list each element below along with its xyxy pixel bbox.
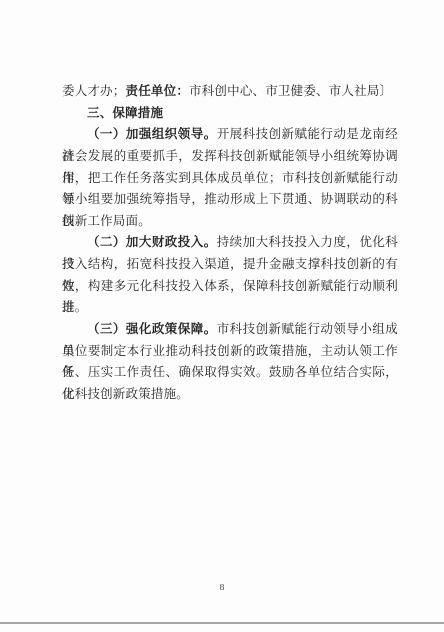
text-line: 投入结构，拓宽科技投入渠道，提升金融支撑科技创新的有效 xyxy=(62,253,398,275)
text-line: 进。 xyxy=(62,296,398,318)
document-body: 委人才办；责任单位：市科创中心、市卫健委、市人社局〕三、保障措施（一）加强组织领… xyxy=(62,80,398,405)
text-line: 创新工作局面。 xyxy=(62,210,398,232)
text-line: 三、保障措施 xyxy=(62,102,398,124)
text-segment: 进。 xyxy=(62,299,87,314)
text-segment: 创新工作局面。 xyxy=(62,213,151,228)
text-line: 性，构建多元化科技投入体系，保障科技创新赋能行动顺利推 xyxy=(62,275,398,297)
text-line: （三）强化政策保障。市科技创新赋能行动领导小组成员 xyxy=(62,318,398,340)
text-segment: 市科创中心、市卫健委、市人社局〕 xyxy=(189,83,392,98)
text-line: 单位要制定本行业推动科技创新的政策措施，主动认领工作任 xyxy=(62,340,398,362)
document-page: 委人才办；责任单位：市科创中心、市卫健委、市人社局〕三、保障措施（一）加强组织领… xyxy=(0,0,444,632)
text-segment: （一）加强组织领导。 xyxy=(87,126,217,141)
text-line: 用，把工作任务落实到具体成员单位；市科技创新赋能行动领 xyxy=(62,167,398,189)
text-segment: （二）加大财政投入。 xyxy=(87,234,217,249)
text-segment: 三、保障措施 xyxy=(87,105,163,120)
text-segment: （三）强化政策保障。 xyxy=(87,321,217,336)
text-line: 委人才办；责任单位：市科创中心、市卫健委、市人社局〕 xyxy=(62,80,398,102)
text-line: 导小组要加强统筹指导，推动形成上下贯通、协调联动的科技 xyxy=(62,188,398,210)
text-segment: 化科技创新政策措施。 xyxy=(62,386,189,401)
text-line: （一）加强组织领导。开展科技创新赋能行动是龙南经济 xyxy=(62,123,398,145)
text-segment: 责任单位： xyxy=(126,83,190,98)
text-line: （二）加大财政投入。持续加大科技投入力度，优化科技 xyxy=(62,231,398,253)
page-number: 8 xyxy=(0,582,444,594)
page-bottom-edge xyxy=(0,622,444,624)
text-line: 社会发展的重要抓手，发挥科技创新赋能领导小组统筹协调作 xyxy=(62,145,398,167)
text-segment: 委人才办； xyxy=(62,83,126,98)
text-line: 化科技创新政策措施。 xyxy=(62,383,398,405)
text-line: 务、压实工作责任、确保取得实效。鼓励各单位结合实际，优 xyxy=(62,361,398,383)
